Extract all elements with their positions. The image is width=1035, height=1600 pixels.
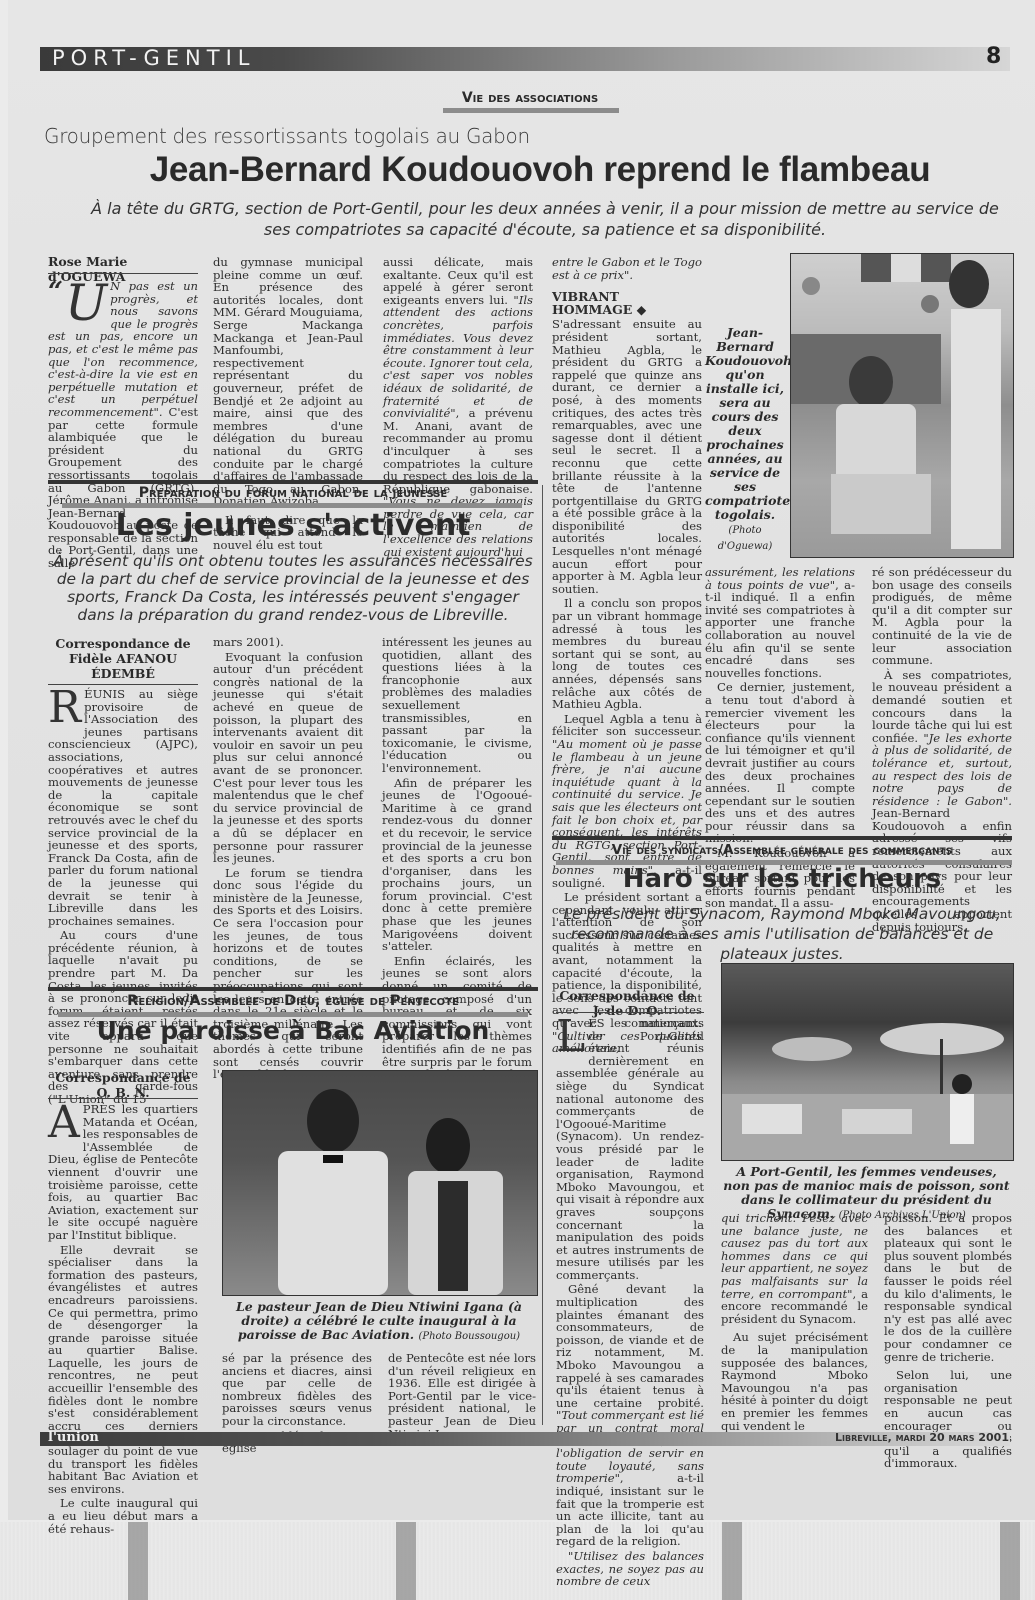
scan-stripe: [722, 1522, 742, 1600]
market-photo-icon: [722, 964, 1013, 1160]
drop-cap: L: [556, 1019, 585, 1055]
newspaper-logo: l'union: [48, 1430, 99, 1445]
article4-standfirst: Le président du Synacom, Raymond Mboko M…: [552, 904, 1012, 964]
article4-column-2: qui trichent. Pesez avec une balance jus…: [721, 1212, 868, 1434]
page-number: 8: [986, 44, 1001, 69]
dateline: Libreville, mardi 20 mars 2001: [835, 1431, 1009, 1444]
kicker-underline: [443, 108, 619, 113]
article4-column-1: LES commerçants de Port-Gentil étaient r…: [556, 1017, 704, 1590]
photo-credit: (Photo d'Oguewa): [718, 525, 773, 552]
photo-credit: (Photo Boussougou): [418, 1331, 520, 1342]
article1-kicker: Vie des associations: [430, 90, 630, 106]
article3-photo: [222, 1070, 538, 1296]
article3-byline: Correspondance deO. B. N.: [48, 1070, 198, 1100]
drop-cap: R: [48, 690, 81, 726]
drop-cap: U: [65, 282, 107, 324]
article2-kicker: Préparation du forum national de la jeun…: [48, 485, 538, 501]
pastors-photo-icon: [223, 1071, 537, 1295]
drop-cap: A: [48, 1105, 80, 1141]
article1-standfirst: À la tête du GRTG, section de Port-Genti…: [80, 198, 1010, 240]
section-rule: [552, 836, 1012, 840]
article3-photo-caption: Le pasteur Jean de Dieu Ntiwini Igana (à…: [222, 1300, 536, 1344]
column-divider: [542, 485, 543, 1425]
article1-photo: [790, 253, 1014, 558]
quote-mark: “: [48, 286, 63, 299]
article1-headline: Jean-Bernard Koudouovoh reprend le flamb…: [70, 150, 1010, 190]
scan-stripe: [1000, 1522, 1020, 1600]
article3-column-3: de Pentecôte est née lors d'un réveil re…: [388, 1352, 536, 1442]
article1-photo-caption: Jean-Bernard Koudouovoh qu'on installe i…: [705, 326, 785, 554]
article2-standfirst: À présent qu'ils ont obtenu toutes les a…: [48, 552, 538, 624]
scan-stripe: [396, 1522, 416, 1600]
article4-kicker: Vie des syndicats/Assemblée générale des…: [552, 842, 1012, 858]
article4-photo: [721, 963, 1014, 1161]
article1-subhead: VIBRANT HOMMAGE ◆: [552, 291, 702, 316]
article3-headline: Une paroisse à Bac Aviation: [48, 1016, 538, 1045]
section-rule: [48, 987, 538, 991]
article4-headline: Haro sur les tricheurs: [552, 864, 1012, 894]
article3-kicker: Religion/Assemblée de Dieu, église de Pe…: [48, 993, 538, 1009]
section-title: PORT-GENTIL: [52, 46, 255, 70]
article3-column-1: APRÈS les quartiers Matanda et Océan, le…: [48, 1103, 198, 1537]
people-photo-icon: [791, 254, 1013, 557]
article2-byline: Correspondance deFidèle AFANOU ÉDEMBÉ: [48, 636, 198, 681]
article1-overline: Groupement des ressortissants togolais a…: [44, 124, 530, 148]
section-rule: [48, 480, 538, 484]
article2-headline: Les jeunes s'activent: [48, 508, 538, 543]
